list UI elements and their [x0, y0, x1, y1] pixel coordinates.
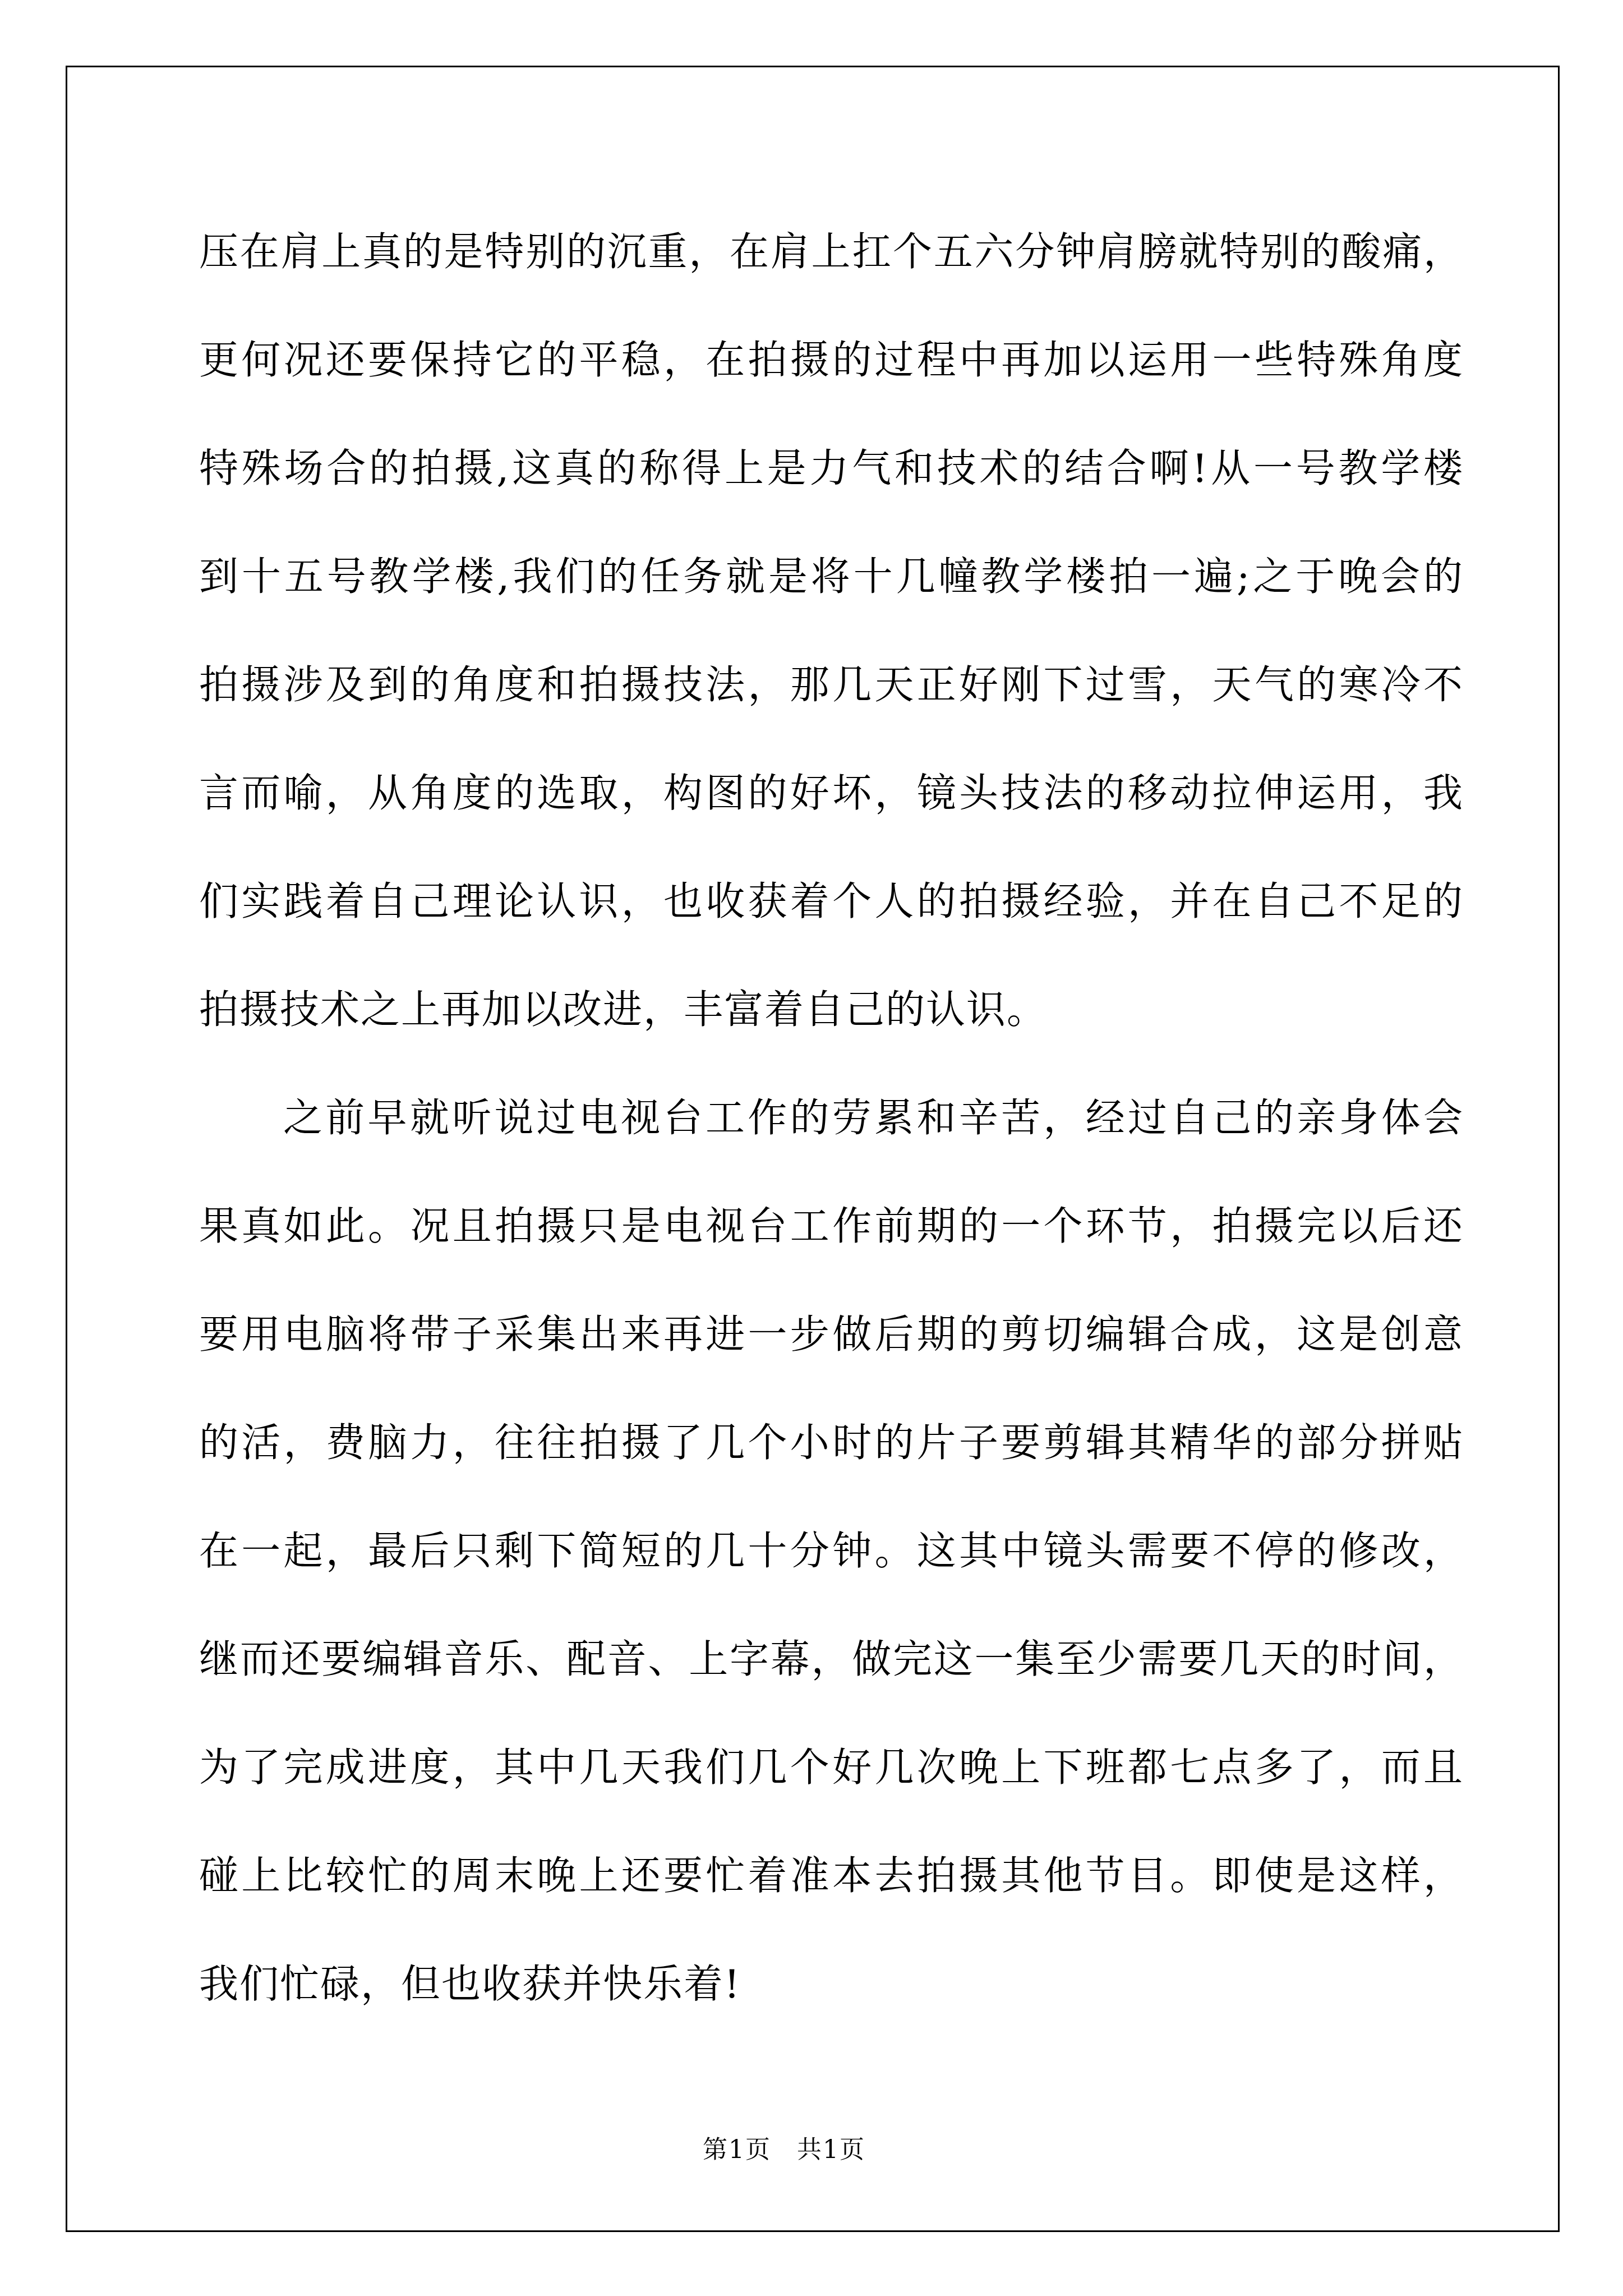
text-line: 言而喻，从角度的选取，构图的好坏，镜头技法的移动拉伸运用，我 — [199, 739, 1464, 848]
text-line: 的活，费脑力，往往拍摄了几个小时的片子要剪辑其精华的部分拼贴 — [199, 1389, 1464, 1497]
text-block: 压在肩上真的是特别的沉重，在肩上扛个五六分钟肩膀就特别的酸痛， 更何况还要保持它… — [199, 198, 1464, 2039]
text-line: 碰上比较忙的周末晚上还要忙着准本去拍摄其他节目。即使是这样， — [199, 1822, 1464, 1930]
text-line-paragraph-end: 我们忙碌，但也收获并快乐着! — [199, 1930, 1464, 2039]
text-line: 特殊场合的拍摄,这真的称得上是力气和技术的结合啊!从一号教学楼 — [199, 415, 1464, 523]
text-line: 拍摄涉及到的角度和拍摄技法，那几天正好刚下过雪，天气的寒冷不 — [199, 631, 1464, 739]
text-line: 要用电脑将带子采集出来再进一步做后期的剪切编辑合成，这是创意 — [199, 1281, 1464, 1389]
text-line: 们实践着自己理论认识，也收获着个人的拍摄经验，并在自己不足的 — [199, 848, 1464, 956]
page-footer: 第1页 共1页 — [703, 2129, 865, 2165]
text-line: 继而还要编辑音乐、配音、上字幕，做完这一集至少需要几天的时间， — [199, 1605, 1464, 1714]
text-line: 果真如此。况且拍摄只是电视台工作前期的一个环节，拍摄完以后还 — [199, 1172, 1464, 1281]
document-page: { "doc": { "lines": [ "压在肩上真的是特别的沉重，在肩上扛… — [0, 0, 1623, 2296]
text-line: 更何况还要保持它的平稳，在拍摄的过程中再加以运用一些特殊角度 — [199, 306, 1464, 415]
text-line: 在一起，最后只剩下简短的几十分钟。这其中镜头需要不停的修改， — [199, 1497, 1464, 1605]
text-line-paragraph-end: 拍摄技术之上再加以改进，丰富着自己的认识。 — [199, 956, 1464, 1064]
text-line: 为了完成进度，其中几天我们几个好几次晚上下班都七点多了，而且 — [199, 1714, 1464, 1822]
text-line: 到十五号教学楼,我们的任务就是将十几幢教学楼拍一遍;之于晚会的 — [199, 523, 1464, 631]
text-line-paragraph-start: 之前早就听说过电视台工作的劳累和辛苦，经过自己的亲身体会 — [199, 1064, 1464, 1172]
text-line: 压在肩上真的是特别的沉重，在肩上扛个五六分钟肩膀就特别的酸痛， — [199, 198, 1464, 306]
